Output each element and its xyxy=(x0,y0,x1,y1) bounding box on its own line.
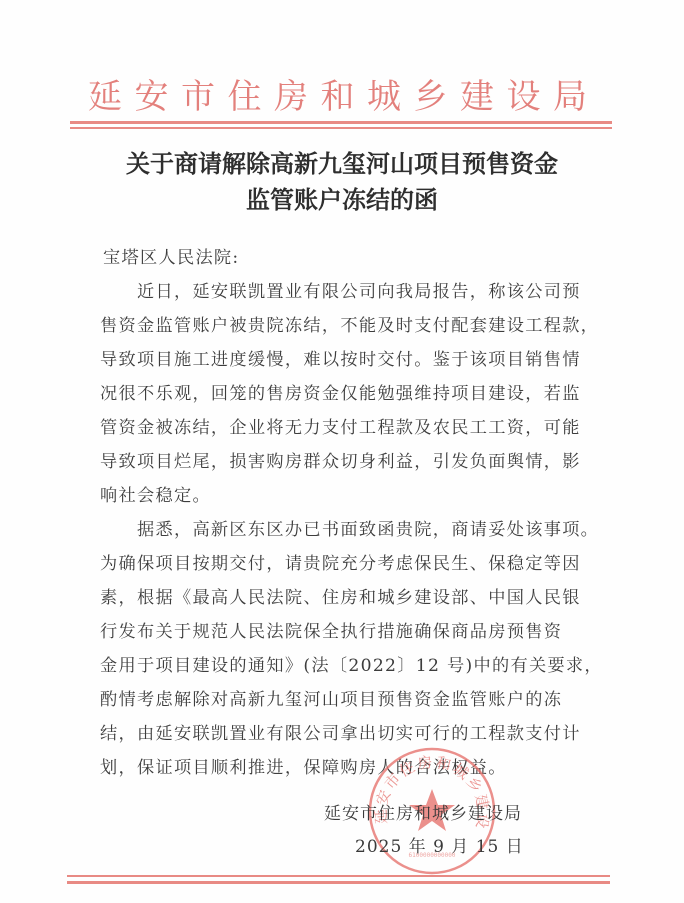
body-line: 结，由延安联凯置业有限公司拿出切实可行的工程款支付计 xyxy=(100,723,581,745)
body-line: 管资金被冻结，企业将无力支付工程款及农民工工资，可能 xyxy=(100,417,581,439)
issuer-signature: 延安市住房和城乡建设局 xyxy=(324,799,522,824)
footer-rule-thin xyxy=(67,875,610,877)
letterhead-rule-thick xyxy=(70,121,612,124)
body-line: 金用于项目建设的通知》(法〔2022〕12 号)中的有关要求， xyxy=(100,655,603,677)
letterhead-agency-name: 延安市住房和城乡建设局 xyxy=(88,76,588,118)
body-line: 酌情考虑解除对高新九玺河山项目预售资金监管账户的冻 xyxy=(100,689,562,711)
body-line: 售资金监管账户被贵院冻结，不能及时支付配套建设工程款， xyxy=(100,315,599,337)
letter-page: 延安市住房和城乡建设局 关于商请解除高新九玺河山项目预售资金 监管账户冻结的函 … xyxy=(0,0,684,903)
salutation: 宝塔区人民法院: xyxy=(103,247,240,269)
body-line: 为确保项目按期交付，请贵院充分考虑保民生、保稳定等因 xyxy=(100,553,581,575)
body-line: 导致项目施工进度缓慢，难以按时交付。鉴于该项目销售情 xyxy=(100,349,581,371)
body-line: 响社会稳定。 xyxy=(100,485,211,507)
body-line: 导致项目烂尾，损害购房群众切身利益，引发负面舆情，影 xyxy=(100,451,581,473)
body-line: 据悉，高新区东区办已书面致函贵院，商请妥处该事项。 xyxy=(100,519,599,541)
document-title-line-2: 监管账户冻结的函 xyxy=(60,180,624,215)
body-line: 近日，延安联凯置业有限公司向我局报告，称该公司预 xyxy=(100,281,581,303)
body-line: 况很不乐观，回笼的售房资金仅能勉强维持项目建设，若监 xyxy=(100,383,581,405)
footer-rule-thick xyxy=(67,881,610,884)
document-title-line-1: 关于商请解除高新九玺河山项目预售资金 xyxy=(60,144,624,179)
signing-date: 2025 年 9 月 15 日 xyxy=(355,832,524,857)
body-line: 行发布关于规范人民法院保全执行措施确保商品房预售资 xyxy=(100,621,562,643)
letterhead-rule-thin xyxy=(70,127,612,129)
body-line: 素，根据《最高人民法院、住房和城乡建设部、中国人民银 xyxy=(100,587,581,609)
